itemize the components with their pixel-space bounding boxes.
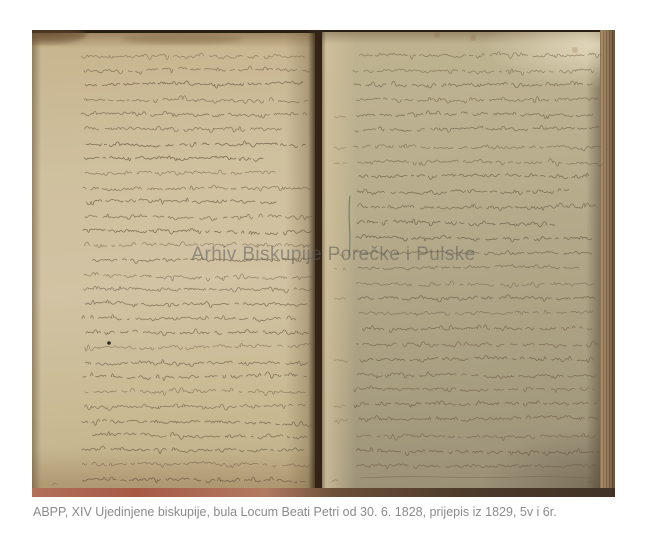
manuscript-figure: Arhiv Biskupije Porečke i Pulske ABPP, X… [0, 0, 650, 533]
manuscript-photo: Arhiv Biskupije Porečke i Pulske [32, 30, 615, 497]
photo-caption: ABPP, XIV Ujedinjene biskupije, bula Loc… [33, 505, 633, 520]
archive-watermark: Arhiv Biskupije Porečke i Pulske [42, 244, 615, 265]
